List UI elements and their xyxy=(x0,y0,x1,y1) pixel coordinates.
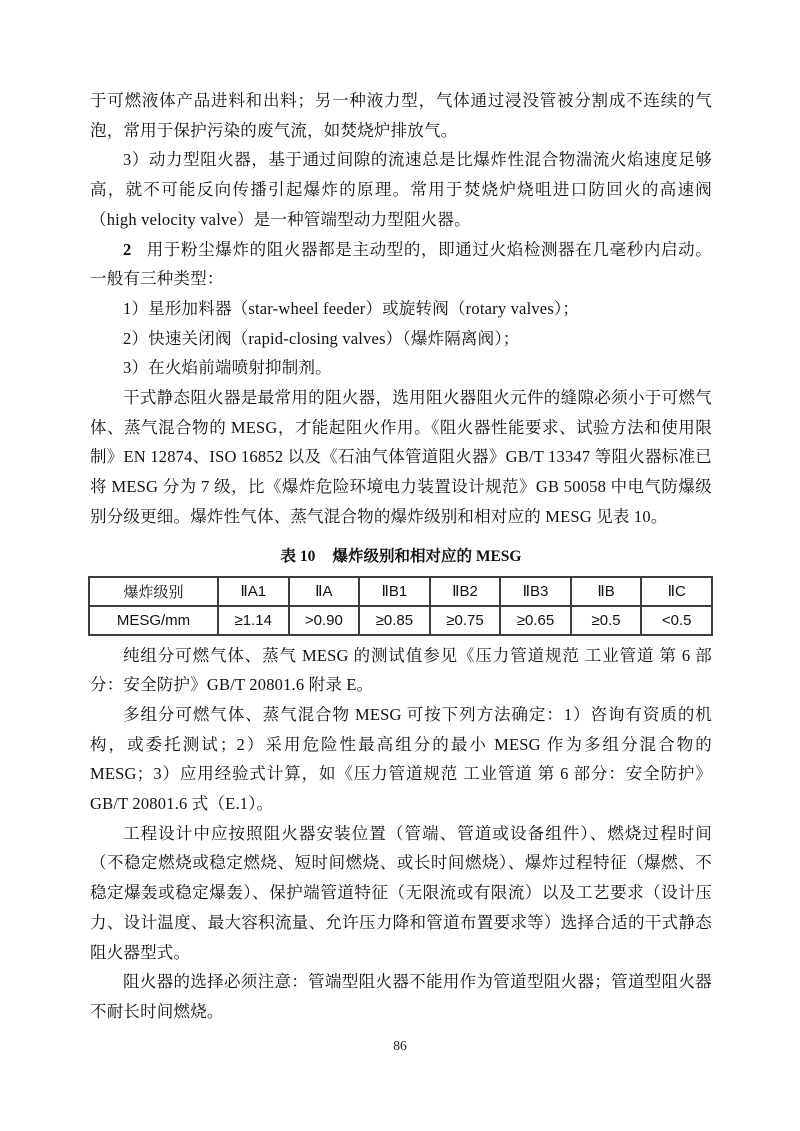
page-content: 于可燃液体产品进料和出料；另一种液力型，气体通过浸没管被分割成不连续的气泡，常用… xyxy=(90,86,712,1027)
table-cell: ≥0.65 xyxy=(500,606,571,635)
table-header-cell: ⅡA1 xyxy=(218,577,289,606)
table-row-explosion-groups: 爆炸级别 ⅡA1 ⅡA ⅡB1 ⅡB2 ⅡB3 ⅡB ⅡC xyxy=(89,577,712,606)
table-cell: MESG/mm xyxy=(89,606,218,635)
table-header-cell: ⅡB xyxy=(571,577,642,606)
table-cell: ≥1.14 xyxy=(218,606,289,635)
paragraph-pure-component-mesg: 纯组分可燃气体、蒸气 MESG 的测试值参见《压力管道规范 工业管道 第 6 部… xyxy=(90,641,712,700)
table-cell: ≥0.5 xyxy=(571,606,642,635)
paragraph-liquid-type-continuation: 于可燃液体产品进料和出料；另一种液力型，气体通过浸没管被分割成不连续的气泡，常用… xyxy=(90,86,712,145)
table-caption-title: 爆炸级别和相对应的 MESG xyxy=(332,548,521,565)
table-cell: ≥0.75 xyxy=(430,606,501,635)
paragraph-dynamic-arrester: 3）动力型阻火器，基于通过间隙的流速总是比爆炸性混合物湍流火焰速度足够高，就不可… xyxy=(90,145,712,234)
page-number: 86 xyxy=(0,1038,800,1054)
table-caption: 表 10爆炸级别和相对应的 MESG xyxy=(90,545,712,569)
list-item-rapid-closing-valve: 2）快速关闭阀（rapid-closing valves）（爆炸隔离阀）； xyxy=(90,324,712,354)
table-caption-label: 表 10 xyxy=(281,548,316,565)
list-item-star-wheel-feeder: 1）星形加料器（star-wheel feeder）或旋转阀（rotary va… xyxy=(90,294,712,324)
document-page: 于可燃液体产品进料和出料；另一种液力型，气体通过浸没管被分割成不连续的气泡，常用… xyxy=(0,0,800,1131)
table-row-mesg-values: MESG/mm ≥1.14 >0.90 ≥0.85 ≥0.75 ≥0.65 ≥0… xyxy=(89,606,712,635)
table-header-cell: ⅡB2 xyxy=(430,577,501,606)
table-cell: >0.90 xyxy=(289,606,360,635)
table-cell: <0.5 xyxy=(641,606,712,635)
table-header-cell: ⅡB1 xyxy=(359,577,430,606)
paragraph-text: 用于粉尘爆炸的阻火器都是主动型的，即通过火焰检测器在几毫秒内启动。一般有三种类型… xyxy=(90,240,712,289)
table-header-cell: ⅡC xyxy=(641,577,712,606)
table-header-cell: ⅡA xyxy=(289,577,360,606)
table-header-cell: 爆炸级别 xyxy=(89,577,218,606)
paragraph-engineering-design-selection: 工程设计中应按照阻火器安装位置（管端、管道或设备组件）、燃烧过程时间（不稳定燃烧… xyxy=(90,819,712,968)
table-header-cell: ⅡB3 xyxy=(500,577,571,606)
paragraph-dry-static-arrester: 干式静态阻火器是最常用的阻火器，选用阻火器阻火元件的缝隙必须小于可燃气体、蒸气混… xyxy=(90,383,712,532)
paragraph-selection-caution: 阻火器的选择必须注意：管端型阻火器不能用作为管道型阻火器；管道型阻火器不耐长时间… xyxy=(90,967,712,1026)
list-item-suppressant-injection: 3）在火焰前端喷射抑制剂。 xyxy=(90,353,712,383)
paragraph-dust-explosion-arresters: 2用于粉尘爆炸的阻火器都是主动型的，即通过火焰检测器在几毫秒内启动。一般有三种类… xyxy=(90,235,712,294)
table-cell: ≥0.85 xyxy=(359,606,430,635)
mesg-table: 爆炸级别 ⅡA1 ⅡA ⅡB1 ⅡB2 ⅡB3 ⅡB ⅡC MESG/mm ≥1… xyxy=(88,576,713,636)
paragraph-multi-component-mesg: 多组分可燃气体、蒸气混合物 MESG 可按下列方法确定：1）咨询有资质的机构，或… xyxy=(90,700,712,819)
clause-number: 2 xyxy=(123,240,131,259)
